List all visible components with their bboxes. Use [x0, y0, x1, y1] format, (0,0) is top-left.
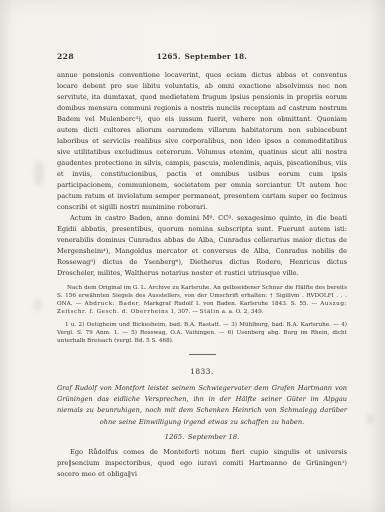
entry-1833-body: Ego Růdolfus comes de Monteforti notum f…: [57, 447, 347, 480]
entry-1832-body-continuation: annue pensionis conventione locaverint, …: [57, 70, 347, 213]
page-header: 228 1265. September 18.: [57, 52, 347, 62]
entry-1832-footnotes: 1 u. 2) Oetigheim und Bickesheim, bad. B…: [57, 321, 347, 345]
source-note-segment-spaced: Abdruck: Bader,: [84, 301, 140, 307]
scan-smudge: [33, 298, 42, 312]
scan-smudge: [366, 414, 374, 424]
entry-1833-date: 1265. September 18.: [57, 433, 347, 441]
source-note-segment: Markgraf Rudolf I. von Baden. Karlsruhe …: [141, 301, 321, 307]
entry-1833-summary: Graf Rudolf von Montfort leistet seinem …: [57, 383, 347, 428]
running-head: 1265. September 18.: [57, 52, 347, 61]
source-note-segment: a. a. O. 2, 349.: [220, 309, 264, 315]
page-number: 228: [57, 52, 74, 61]
page-content: 228 1265. September 18. annue pensionis …: [57, 52, 347, 480]
entry-1833-number: 1833.: [57, 367, 347, 376]
book-page: 228 1265. September 18. annue pensionis …: [0, 0, 385, 512]
entry-1832-actum-paragraph: Actum in castro Baden, anno domini Mº. C…: [57, 213, 347, 279]
source-note-segment: 1, 307. —: [169, 309, 200, 315]
source-note-segment-spaced: Stälin: [200, 309, 220, 315]
entry-separator-rule: [189, 354, 216, 355]
scan-smudge: [34, 160, 44, 186]
entry-1832-source-note: Nach dem Original im G. L. Archive zu Ka…: [57, 284, 347, 316]
